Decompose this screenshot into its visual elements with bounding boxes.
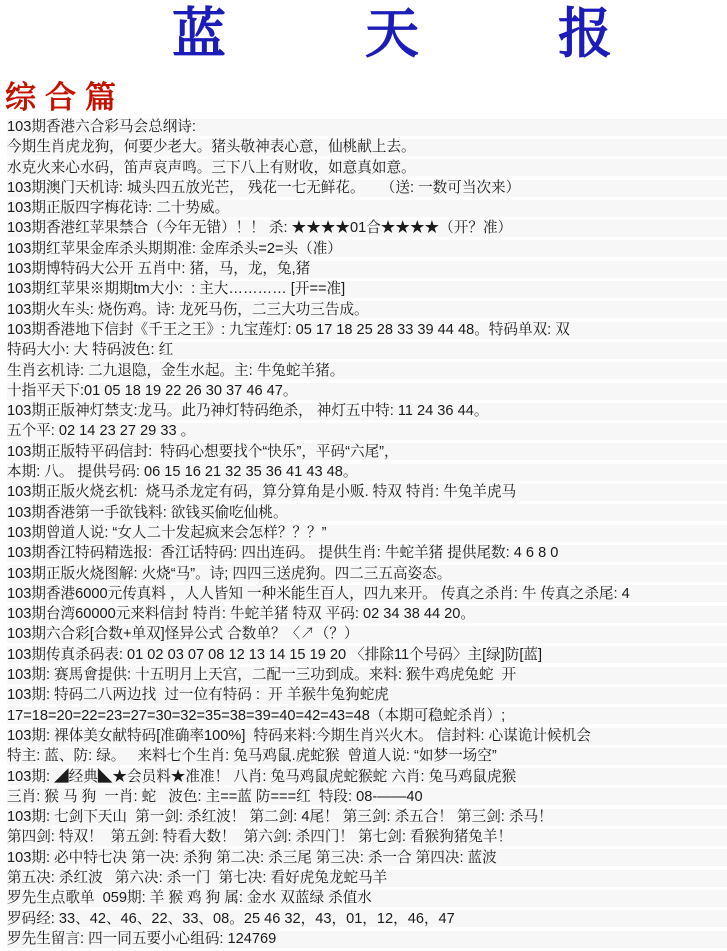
text-line: 103期博特码大公开 五肖中: 猪，马，龙，兔,猪 [7, 259, 727, 279]
text-line: 第四剑: 特双！ 第五剑: 特看大数！ 第六剑: 杀四门！ 第七剑: 看猴狗猪兔… [7, 827, 727, 847]
text-line: 第五决: 杀红波 第六决: 杀一门 第七决: 看好虎兔龙蛇马羊 [7, 868, 727, 888]
text-line: 103期: 七剑下天山 第一剑: 杀红波！ 第二剑: 4尾！ 第三剑: 杀五合！… [7, 807, 727, 827]
body-lines: 103期香港六合彩马会总纲诗:今期生肖虎龙狗，何要少老大。猪头敬神表心意，仙桃献… [7, 117, 727, 949]
text-line: 103期正版火烧玄机: 烧马杀龙定有码，算分算角是小贩. 特双 特肖: 牛兔羊虎… [7, 482, 727, 502]
masthead: 蓝 天 报 [172, 2, 727, 68]
page-title: 蓝 天 报 [172, 2, 674, 66]
text-line: 103期正版火烧图解: 火烧“马”。诗; 四四三送虎狗。四二三五高姿态。 [7, 564, 727, 584]
text-line: 罗先生留言: 四一同五要小心组码: 124769 [7, 929, 727, 949]
text-line: 103期: 特码二八两边找 过一位有特码 : 开 羊猴牛兔狗蛇虎 [7, 685, 727, 705]
text-line: 103期正版四字梅花诗: 二十势威。 [7, 198, 727, 218]
text-line: 103期曾道人说: “女人二十发起疯来会怎样？？？” [7, 523, 727, 543]
text-line: 103期红苹果金库杀头期期准: 金库杀头=2=头（准） [7, 239, 727, 259]
text-line: 103期火车头: 烧伤鸡。诗: 龙死马伤，二三大功三告成。 [7, 300, 727, 320]
text-line: 生肖玄机诗: 二九退隐，金生水起。主: 牛兔蛇羊猪。 [7, 361, 727, 381]
text-line: 今期生肖虎龙狗，何要少老大。猪头敬神表心意，仙桃献上去。 [7, 137, 727, 157]
text-line: 103期: 必中特七决 第一决: 杀狗 第二决: 杀三尾 第三决: 杀一合 第四… [7, 848, 727, 868]
text-line: 特码大小: 大 特码波色: 红 [7, 340, 727, 360]
text-line: 103期香港6000元传真料 ，人人皆知 一种米能生百人，四九来开。 传真之杀肖… [7, 584, 727, 604]
newspaper-page: 蓝 天 报 综合篇 103期香港六合彩马会总纲诗:今期生肖虎龙狗，何要少老大。猪… [0, 2, 727, 951]
text-line: 103期正版特平码信封: 特码心想要找个“快乐”，平码“六尾”， [7, 442, 727, 462]
text-line: 103期: 赛馬會提供: 十五明月上天宫，二配一三功到成。来料: 猴牛鸡虎兔蛇 … [7, 665, 727, 685]
text-line: 五个平: 02 14 23 27 29 33 。 [7, 421, 727, 441]
text-line: 103期台湾60000元来料信封 特肖: 牛蛇羊猪 特双 平码: 02 34 3… [7, 604, 727, 624]
text-line: 103期六合彩[合数+单双]怪异公式 合数单？〈↗（？） [7, 624, 727, 644]
text-line: 三肖: 猴 马 狗 一肖: 蛇 波色: 主==蓝 防===红 特段: 08-——… [7, 787, 727, 807]
text-line: 103期红苹果※期期tm大小: : 主大………… [开==准] [7, 279, 727, 299]
text-line: 103期传真杀码表: 01 02 03 07 08 12 13 14 15 19… [7, 645, 727, 665]
text-line: 水克火来心水码，笛声哀声鸣。三下八上有财收，如意真如意。 [7, 158, 727, 178]
text-line: 103期: ◢经典◣★会员料★准准！ 八肖: 兔马鸡鼠虎蛇猴蛇 六肖: 兔马鸡鼠… [7, 767, 727, 787]
text-line: 103期香江特码精选报: 香江话特码: 四出连码。 提供生肖: 牛蛇羊猪 提供尾… [7, 543, 727, 563]
text-line: 本期: 八。 提供号码: 06 15 16 21 32 35 36 41 43 … [7, 462, 727, 482]
text-line: 103期香港六合彩马会总纲诗: [7, 117, 727, 137]
text-line: 罗码经: 33、42、46、22、33、08。25 46 32，43，01，12… [7, 909, 727, 929]
text-line: 103期香港红苹果禁合（今年无错）！！ 杀: ★★★★01合★★★★（开？准） [7, 218, 727, 238]
text-line: 特主: 蓝、防: 绿。 来料七个生肖: 兔马鸡鼠.虎蛇猴 曾道人说: “如梦一场… [7, 746, 727, 766]
text-line: 17=18=20=22=23=27=30=32=35=38=39=40=42=4… [7, 706, 727, 726]
text-line: 罗先生点歌单 059期: 羊 猴 鸡 狗 属: 金水 双蓝绿 杀值水 [7, 888, 727, 908]
text-line: 103期正版神灯禁支:龙马。此乃神灯特码绝杀， 神灯五中特: 11 24 36 … [7, 401, 727, 421]
section-title: 综合篇 [5, 82, 727, 114]
text-line: 103期香港第一手欲钱料: 欲钱买偷吃仙桃。 [7, 503, 727, 523]
text-line: 十指平天下:01 05 18 19 22 26 30 37 46 47。 [7, 381, 727, 401]
text-line: 103期澳门天机诗: 城头四五放光芒， 残花一七无鲜花。 （送: 一数可当次来） [7, 178, 727, 198]
text-line: 103期: 裸体美女献特码[准确率100%] 特码来料:今期生肖兴火木。 信封料… [7, 726, 727, 746]
text-line: 103期香港地下信封《千王之王》: 九宝莲灯: 05 17 18 25 28 3… [7, 320, 727, 340]
